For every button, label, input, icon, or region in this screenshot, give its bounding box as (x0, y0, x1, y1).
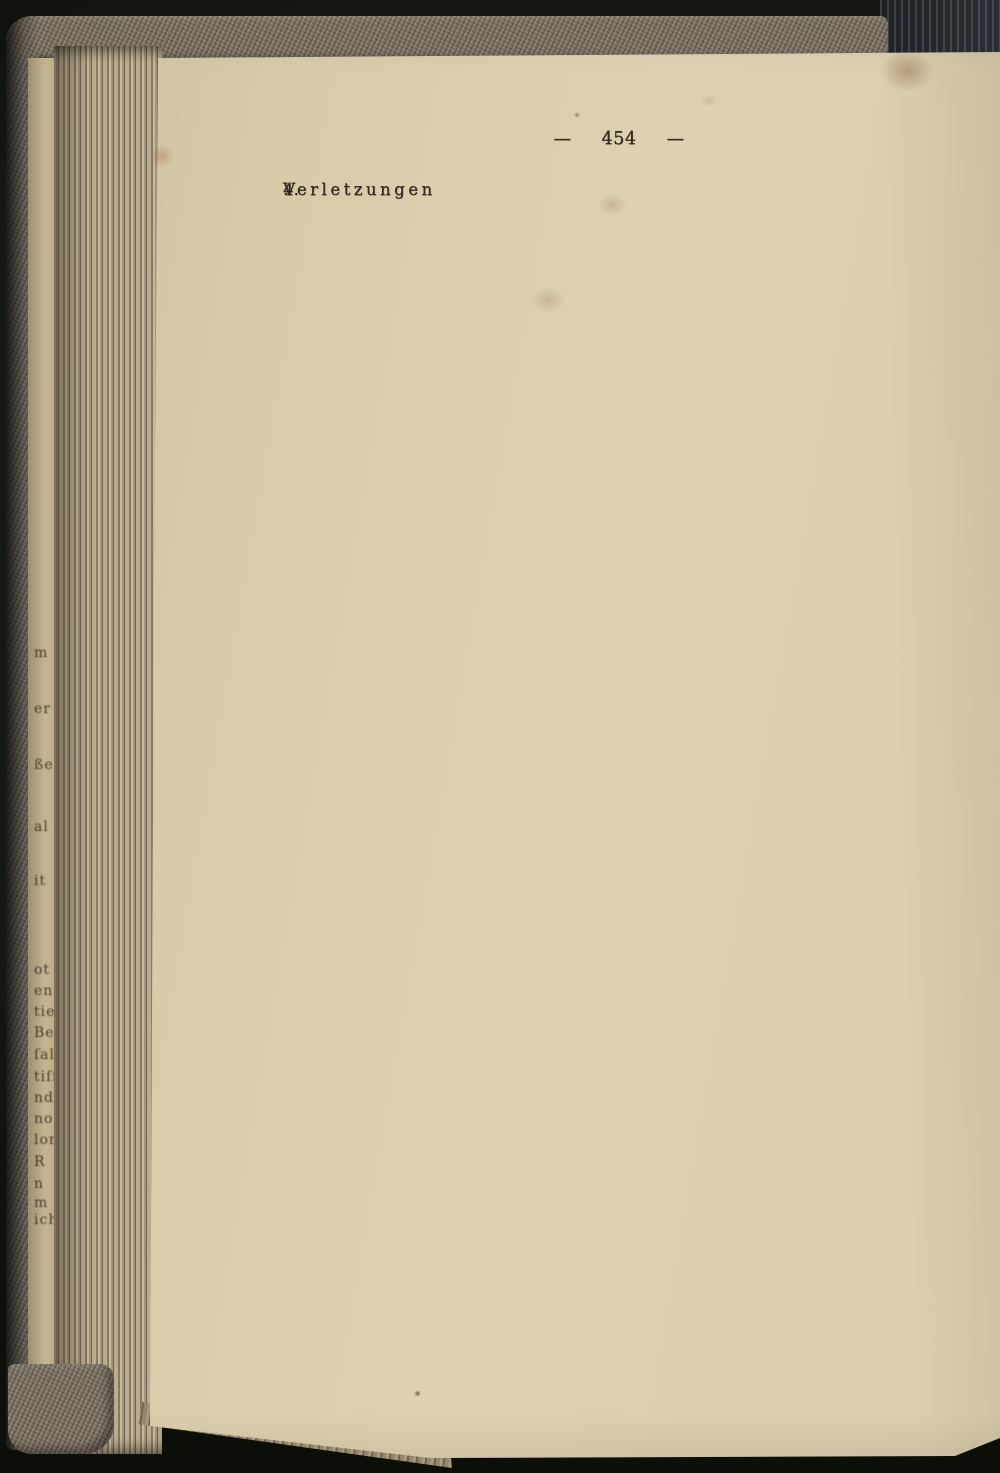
page-stack-fore-edge (54, 46, 162, 1454)
book-cover-bottom-corner (8, 1364, 114, 1454)
emphasized-word: Verletzungen (283, 177, 436, 202)
page-number: — 454 — (283, 127, 955, 152)
book-photo: merßealitotentieBeſaltiſſndnolorRnmich —… (0, 0, 1000, 1473)
text-segment: . (283, 177, 288, 202)
text-block: — 454 — das Auflegen von Salicylwatte. A… (283, 127, 955, 168)
